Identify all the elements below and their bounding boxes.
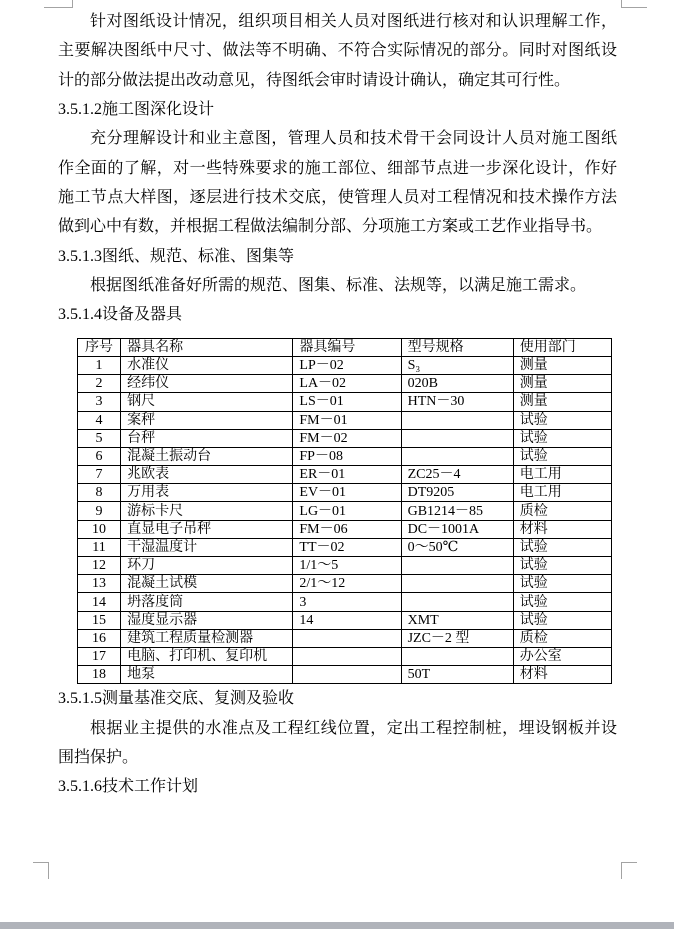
table-cell: 质检 xyxy=(513,629,611,647)
table-cell: 试验 xyxy=(513,611,611,629)
page-edge-strip xyxy=(0,922,674,929)
table-cell: 1/1～5 xyxy=(293,557,401,575)
table-row: 6混凝土振动台FP－08试验 xyxy=(78,447,612,465)
table-row: 13混凝土试模2/1～12试验 xyxy=(78,575,612,593)
table-cell: 7 xyxy=(78,466,121,484)
table-cell: S₃ xyxy=(401,356,513,374)
table-cell: 50T xyxy=(401,666,513,684)
table-cell: 3 xyxy=(293,593,401,611)
table-cell: 案秤 xyxy=(121,411,293,429)
table-cell: 17 xyxy=(78,647,121,665)
table-cell: TT－02 xyxy=(293,538,401,556)
table-row: 14坍落度筒3试验 xyxy=(78,593,612,611)
table-row: 16建筑工程质量检测器JZC－2 型质检 xyxy=(78,629,612,647)
table-cell: LG－01 xyxy=(293,502,401,520)
table-cell: 试验 xyxy=(513,538,611,556)
equipment-table: 序号 器具名称 器具编号 型号规格 使用部门 1水准仪LP－02S₃测量2经纬仪… xyxy=(77,338,612,685)
paragraph: 充分理解设计和业主意图，管理人员和技术骨干会同设计人员对施工图纸作全面的了解，对… xyxy=(58,124,617,241)
section-heading: 3.5.1.4设备及器具 xyxy=(58,300,617,329)
table-header-cell: 型号规格 xyxy=(401,338,513,356)
table-cell: 3 xyxy=(78,393,121,411)
table-cell: 电工用 xyxy=(513,484,611,502)
table-cell: 8 xyxy=(78,484,121,502)
paragraph: 针对图纸设计情况，组织项目相关人员对图纸进行核对和认识理解工作，主要解决图纸中尺… xyxy=(58,7,617,95)
table-cell xyxy=(401,575,513,593)
table-cell xyxy=(401,647,513,665)
table-header-cell: 序号 xyxy=(78,338,121,356)
table-cell xyxy=(401,411,513,429)
table-cell: 试验 xyxy=(513,411,611,429)
table-cell: 16 xyxy=(78,629,121,647)
table-header-cell: 器具编号 xyxy=(293,338,401,356)
table-cell: 直显电子吊秤 xyxy=(121,520,293,538)
table-cell: 14 xyxy=(78,593,121,611)
paragraph: 根据业主提供的水准点及工程红线位置，定出工程控制桩，埋设钢板并设围挡保护。 xyxy=(58,714,617,773)
section-heading: 3.5.1.3图纸、规范、标准、图集等 xyxy=(58,242,617,271)
table-row: 8万用表EV－01DT9205电工用 xyxy=(78,484,612,502)
table-cell: 万用表 xyxy=(121,484,293,502)
table-cell: 坍落度筒 xyxy=(121,593,293,611)
table-cell: 质检 xyxy=(513,502,611,520)
table-cell: 混凝土振动台 xyxy=(121,447,293,465)
table-cell: FP－08 xyxy=(293,447,401,465)
table-cell: 12 xyxy=(78,557,121,575)
table-cell: 办公室 xyxy=(513,647,611,665)
table-header-row: 序号 器具名称 器具编号 型号规格 使用部门 xyxy=(78,338,612,356)
table-cell xyxy=(293,666,401,684)
margin-crop-mark-bottom-left xyxy=(33,862,49,879)
table-cell: 11 xyxy=(78,538,121,556)
table-header-cell: 器具名称 xyxy=(121,338,293,356)
table-cell: 建筑工程质量检测器 xyxy=(121,629,293,647)
table-row: 11干湿温度计TT－020～50℃试验 xyxy=(78,538,612,556)
table-cell: JZC－2 型 xyxy=(401,629,513,647)
table-cell xyxy=(401,447,513,465)
table-row: 17电脑、打印机、复印机办公室 xyxy=(78,647,612,665)
table-cell: 台秤 xyxy=(121,429,293,447)
table-cell: 0～50℃ xyxy=(401,538,513,556)
table-cell: 020B xyxy=(401,375,513,393)
table-cell: 地泵 xyxy=(121,666,293,684)
table-cell: 兆欧表 xyxy=(121,466,293,484)
table-cell: 测量 xyxy=(513,375,611,393)
table-row: 1水准仪LP－02S₃测量 xyxy=(78,356,612,374)
table-cell: 试验 xyxy=(513,593,611,611)
table-cell: 试验 xyxy=(513,447,611,465)
section-heading: 3.5.1.6技术工作计划 xyxy=(58,772,617,801)
section-heading: 3.5.1.2施工图深化设计 xyxy=(58,95,617,124)
table-cell: 1 xyxy=(78,356,121,374)
table-cell: 试验 xyxy=(513,575,611,593)
table-cell: 2 xyxy=(78,375,121,393)
table-cell: 4 xyxy=(78,411,121,429)
table-cell: 试验 xyxy=(513,557,611,575)
table-cell: 环刀 xyxy=(121,557,293,575)
table-cell: 10 xyxy=(78,520,121,538)
table-row: 9游标卡尺LG－01GB1214－85质检 xyxy=(78,502,612,520)
table-row: 15湿度显示器14XMT试验 xyxy=(78,611,612,629)
table-cell: DC－1001A xyxy=(401,520,513,538)
table-row: 5台秤FM－02试验 xyxy=(78,429,612,447)
table-cell xyxy=(401,429,513,447)
table-cell xyxy=(401,557,513,575)
table-cell: ER－01 xyxy=(293,466,401,484)
equipment-table-body: 1水准仪LP－02S₃测量2经纬仪LA－02020B测量3钢尺LS－01HTN－… xyxy=(78,356,612,683)
table-cell: 18 xyxy=(78,666,121,684)
table-cell: 2/1～12 xyxy=(293,575,401,593)
table-cell: EV－01 xyxy=(293,484,401,502)
table-cell: LS－01 xyxy=(293,393,401,411)
table-cell: 钢尺 xyxy=(121,393,293,411)
table-row: 3钢尺LS－01HTN－30测量 xyxy=(78,393,612,411)
table-cell: 游标卡尺 xyxy=(121,502,293,520)
table-cell: 电脑、打印机、复印机 xyxy=(121,647,293,665)
table-header-cell: 使用部门 xyxy=(513,338,611,356)
table-cell: 混凝土试模 xyxy=(121,575,293,593)
table-cell: 5 xyxy=(78,429,121,447)
table-row: 7兆欧表ER－01ZC25－4电工用 xyxy=(78,466,612,484)
table-cell xyxy=(293,647,401,665)
table-cell: ZC25－4 xyxy=(401,466,513,484)
table-cell: 6 xyxy=(78,447,121,465)
table-cell: 9 xyxy=(78,502,121,520)
table-cell xyxy=(293,629,401,647)
table-row: 18地泵50T材料 xyxy=(78,666,612,684)
table-cell: HTN－30 xyxy=(401,393,513,411)
table-cell: 测量 xyxy=(513,356,611,374)
document-page: 针对图纸设计情况，组织项目相关人员对图纸进行核对和认识理解工作，主要解决图纸中尺… xyxy=(0,0,674,931)
table-cell: 14 xyxy=(293,611,401,629)
table-cell: 13 xyxy=(78,575,121,593)
table-row: 2经纬仪LA－02020B测量 xyxy=(78,375,612,393)
table-cell: 材料 xyxy=(513,666,611,684)
table-cell: 材料 xyxy=(513,520,611,538)
table-row: 10直显电子吊秤FM－06DC－1001A材料 xyxy=(78,520,612,538)
margin-crop-mark-top-right xyxy=(621,0,647,8)
table-cell: XMT xyxy=(401,611,513,629)
table-cell: FM－06 xyxy=(293,520,401,538)
table-cell: LA－02 xyxy=(293,375,401,393)
margin-crop-mark-bottom-right xyxy=(621,862,637,879)
table-cell: 电工用 xyxy=(513,466,611,484)
table-cell: 干湿温度计 xyxy=(121,538,293,556)
table-cell: FM－02 xyxy=(293,429,401,447)
table-cell: GB1214－85 xyxy=(401,502,513,520)
table-cell: 15 xyxy=(78,611,121,629)
table-cell: 水准仪 xyxy=(121,356,293,374)
table-cell: FM－01 xyxy=(293,411,401,429)
table-cell xyxy=(401,593,513,611)
table-row: 4案秤FM－01试验 xyxy=(78,411,612,429)
table-cell: 测量 xyxy=(513,393,611,411)
table-cell: DT9205 xyxy=(401,484,513,502)
table-row: 12环刀1/1～5试验 xyxy=(78,557,612,575)
table-cell: 湿度显示器 xyxy=(121,611,293,629)
paragraph: 根据图纸准备好所需的规范、图集、标准、法规等，以满足施工需求。 xyxy=(58,271,617,300)
document-body: 针对图纸设计情况，组织项目相关人员对图纸进行核对和认识理解工作，主要解决图纸中尺… xyxy=(58,7,617,802)
table-cell: 经纬仪 xyxy=(121,375,293,393)
table-cell: LP－02 xyxy=(293,356,401,374)
table-cell: 试验 xyxy=(513,429,611,447)
section-heading: 3.5.1.5测量基准交底、复测及验收 xyxy=(58,684,617,713)
